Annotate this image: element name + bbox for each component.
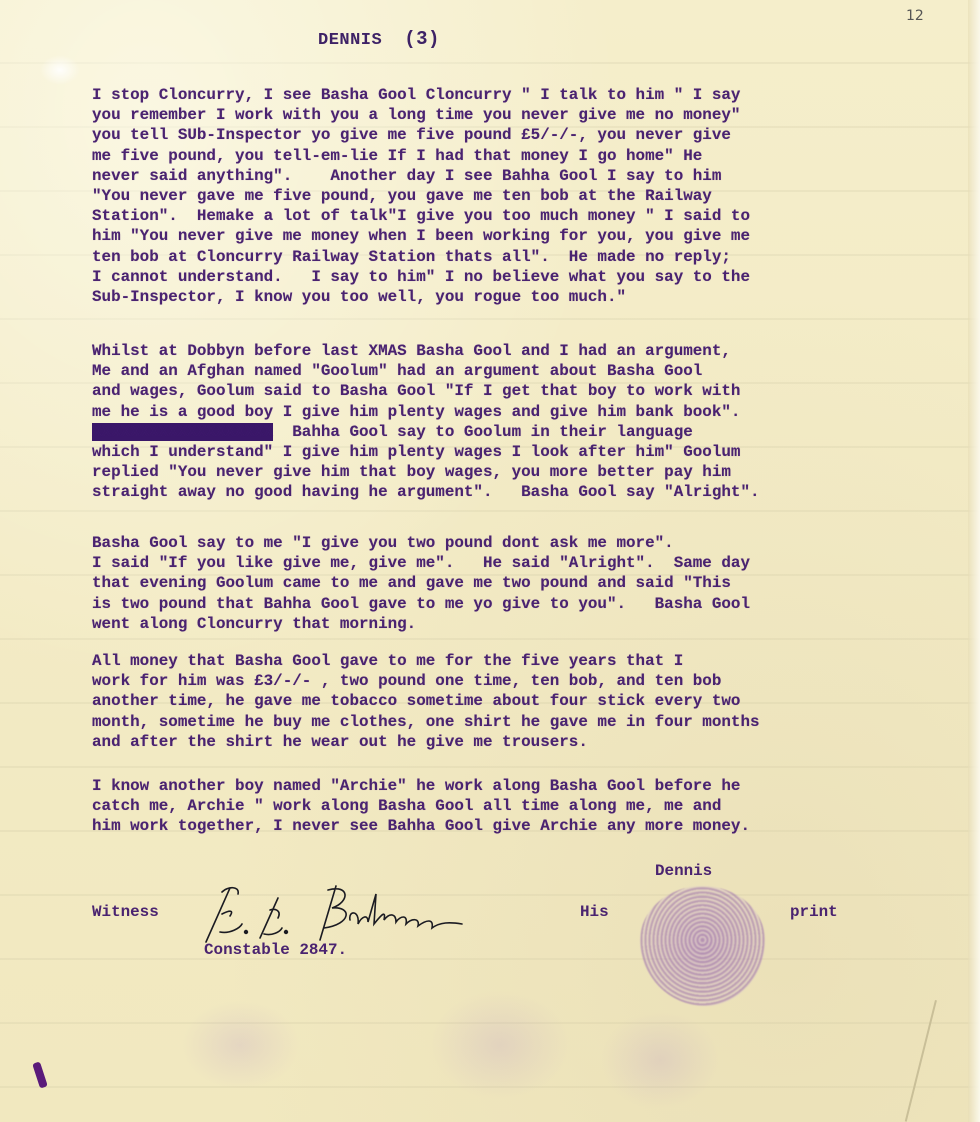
text-line: XXXXXXXXXXXXXXXXXXX Bahha Gool say to Go… (92, 422, 760, 442)
text-line: work for him was £3/-/- , two pound one … (92, 671, 760, 691)
text-line: you remember I work with you a long time… (92, 105, 750, 125)
paragraph-2: Whilst at Dobbyn before last XMAS Basha … (92, 341, 760, 503)
title-number: (3) (404, 28, 440, 50)
page-number: 12 (906, 8, 924, 24)
constable-id: Constable 2847. (204, 941, 347, 959)
witness-signature: E. C. Barham (200, 880, 470, 950)
paper-tear (40, 55, 80, 85)
struck-out-text: XXXXXXXXXXXXXXXXXXX (92, 423, 273, 441)
text-line: me five pound, you tell-em-lie If I had … (92, 146, 750, 166)
text-line: All money that Basha Gool gave to me for… (92, 651, 760, 671)
paragraph-1: I stop Cloncurry, I see Basha Gool Clonc… (92, 85, 750, 307)
text-line: me he is a good boy I give him plenty wa… (92, 402, 760, 422)
text-line: went along Cloncurry that morning. (92, 614, 750, 634)
text-line: never said anything". Another day I see … (92, 166, 750, 186)
text-line: Station". Hemake a lot of talk"I give yo… (92, 206, 750, 226)
text-line: ten bob at Cloncurry Railway Station tha… (92, 247, 750, 267)
page-title: DENNIS(3) (318, 28, 440, 50)
text-line: replied "You never give him that boy wag… (92, 462, 760, 482)
text-line: Whilst at Dobbyn before last XMAS Basha … (92, 341, 760, 361)
text-line: Sub-Inspector, I know you too well, you … (92, 287, 750, 307)
signer-name: Dennis (655, 862, 712, 880)
text-line: is two pound that Bahha Gool gave to me … (92, 594, 750, 614)
text-line: I said "If you like give me, give me". H… (92, 553, 750, 573)
text-line: which I understand" I give him plenty wa… (92, 442, 760, 462)
text-line: straight away no good having he argument… (92, 482, 760, 502)
text-line: month, sometime he buy me clothes, one s… (92, 712, 760, 732)
ink-smudge (180, 1000, 300, 1090)
text-line: and after the shirt he wear out he give … (92, 732, 760, 752)
text-line: him work together, I never see Bahha Goo… (92, 816, 750, 836)
page-edge (968, 0, 980, 1122)
paragraph-5: I know another boy named "Archie" he wor… (92, 776, 750, 837)
text-line: him "You never give me money when I been… (92, 226, 750, 246)
witness-label: Witness (92, 903, 159, 921)
text-line: Basha Gool say to me "I give you two pou… (92, 533, 750, 553)
text-line: you tell SUb-Inspector yo give me five p… (92, 125, 750, 145)
ink-smudge (600, 1010, 720, 1110)
text-line: another time, he gave me tobacco sometim… (92, 691, 760, 711)
print-label: print (790, 903, 838, 921)
text-line: "You never gave me five pound, you gave … (92, 186, 750, 206)
paragraph-4: All money that Basha Gool gave to me for… (92, 651, 760, 752)
paragraph-3: Basha Gool say to me "I give you two pou… (92, 533, 750, 634)
text-line: Me and an Afghan named "Goolum" had an a… (92, 361, 760, 381)
his-label: His (580, 903, 609, 921)
text-line: I know another boy named "Archie" he wor… (92, 776, 750, 796)
title-name: DENNIS (318, 31, 382, 50)
text-line: I cannot understand. I say to him" I no … (92, 267, 750, 287)
text-line: that evening Goolum came to me and gave … (92, 573, 750, 593)
ink-smudge (430, 990, 570, 1100)
text-line: catch me, Archie " work along Basha Gool… (92, 796, 750, 816)
text-line: I stop Cloncurry, I see Basha Gool Clonc… (92, 85, 750, 105)
text-line: and wages, Goolum said to Basha Gool "If… (92, 381, 760, 401)
